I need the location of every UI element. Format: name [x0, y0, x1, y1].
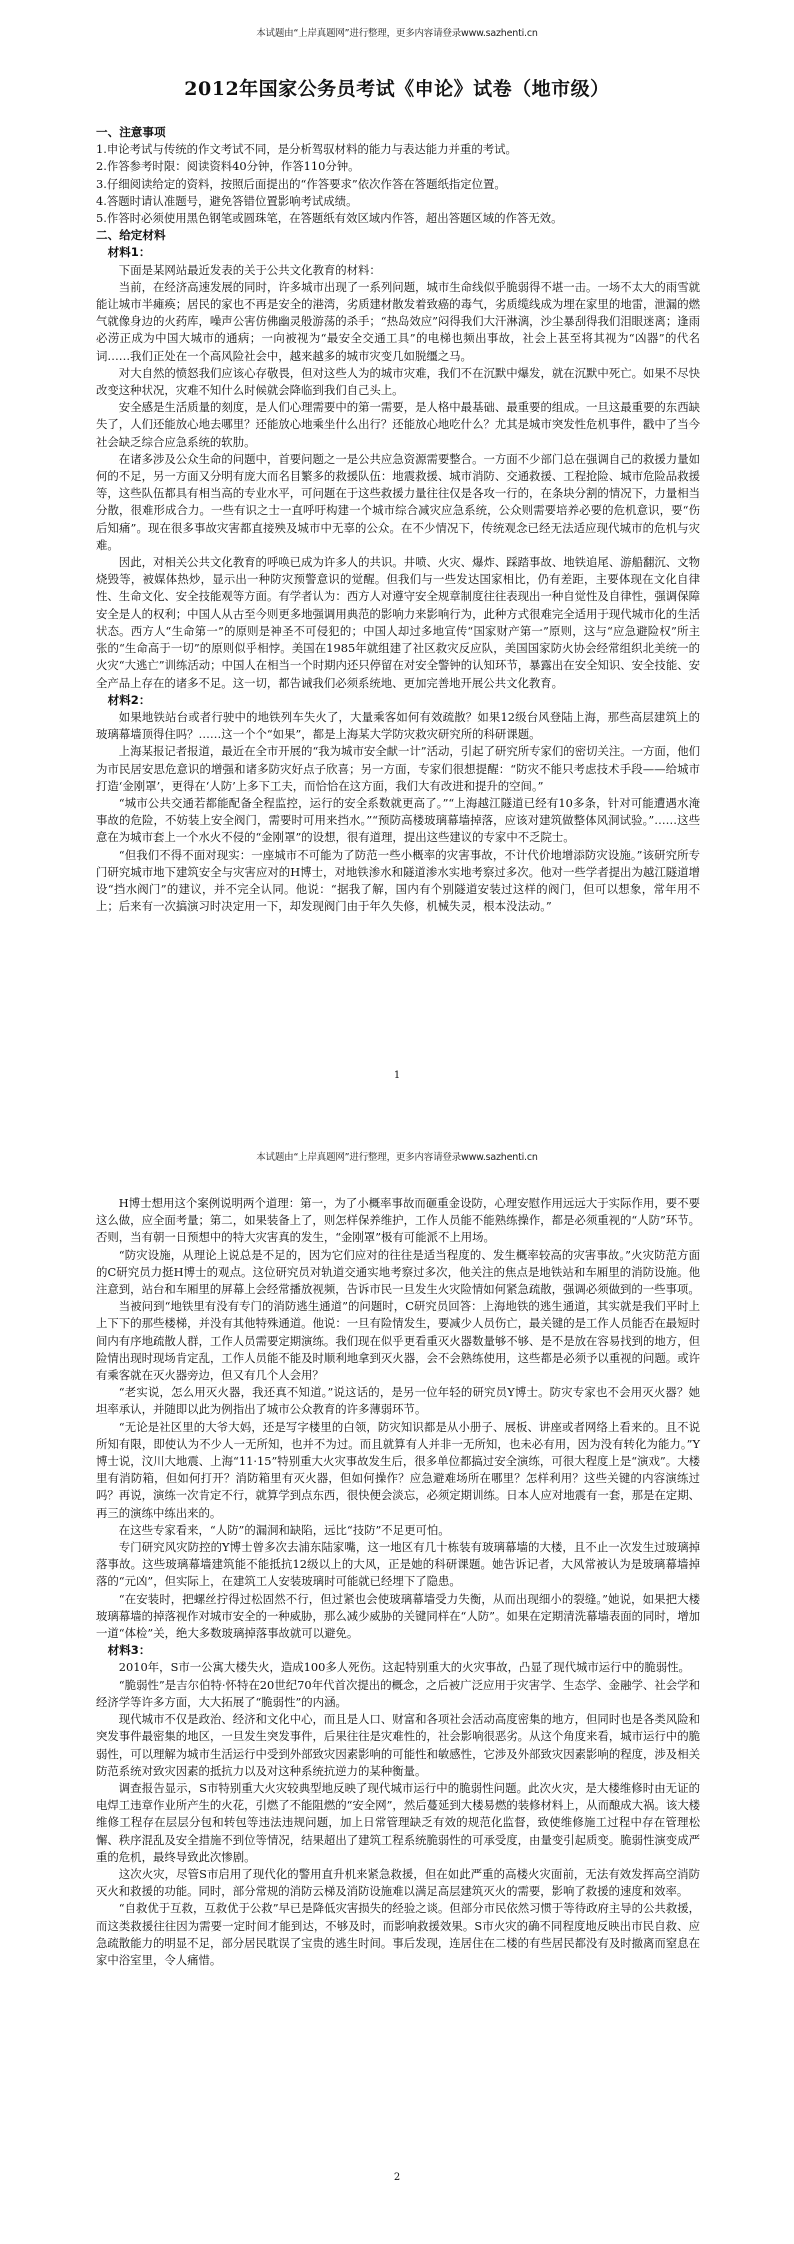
paragraph: “在安装时，把螺丝拧得过松固然不行，但过紧也会使玻璃幕墙受力失衡，从而出现细小的… [96, 1591, 700, 1643]
page-1-body: 一、注意事项 1.申论考试与传统的作文考试不同，是分析驾驭材料的能力与表达能力并… [96, 124, 700, 915]
paragraph: 上海某报记者报道，最近在全市开展的“我为城市安全献一计”活动，引起了研究所专家们… [96, 743, 700, 795]
paragraph: 在诸多涉及公众生命的问题中，首要问题之一是公共应急资源需要整合。一方面不少部门总… [96, 451, 700, 554]
paragraph: 当前，在经济高速发展的同时，许多城市出现了一系列问题，城市生命线似乎脆弱得不堪一… [96, 279, 700, 365]
page-number: 1 [0, 1070, 794, 1081]
paragraph: “防灾设施，从理论上说总是不足的，因为它们应对的往往是适当程度的、发生概率较高的… [96, 1247, 700, 1299]
paragraph: 现代城市不仅是政治、经济和文化中心，而且是人口、财富和各项社会活动高度密集的地方… [96, 1711, 700, 1780]
paragraph: 对大自然的愤怒我们应该心存敬畏，但对这些人为的城市灾难，我们不在沉默中爆发，就在… [96, 365, 700, 399]
watermark-header: 本试题由“上岸真题网”进行整理，更多内容请登录www.sazhenti.cn [0, 25, 794, 39]
page-number: 2 [0, 2172, 794, 2183]
paragraph: 因此，对相关公共文化教育的呼唤已成为许多人的共识。井喷、火灾、爆炸、踩踏事故、地… [96, 554, 700, 692]
paragraph: “无论是社区里的大爷大妈，还是写字楼里的白领，防灾知识都是从小册子、展板、讲座或… [96, 1419, 700, 1522]
paragraph: 在这些专家看来，“人防”的漏洞和缺陷，远比“技防”不足更可怕。 [96, 1522, 700, 1539]
material-2-heading: 材料2： [96, 692, 700, 709]
paragraph: 调查报告显示，S市特别重大火灾较典型地反映了现代城市运行中的脆弱性问题。此次火灾… [96, 1780, 700, 1866]
note-item: 5.作答时必须使用黑色钢笔或圆珠笔，在答题纸有效区域内作答，超出答题区域的作答无… [96, 210, 700, 227]
note-item: 1.申论考试与传统的作文考试不同，是分析驾驭材料的能力与表达能力并重的考试。 [96, 141, 700, 158]
note-item: 4.答题时请认准题号，避免答错位置影响考试成绩。 [96, 193, 700, 210]
paragraph: 当被问到“地铁里有没有专门的消防逃生通道”的问题时，C研究员回答：上海地铁的逃生… [96, 1298, 700, 1384]
paragraph: “城市公共交通若都能配备全程监控，运行的安全系数就更高了。”“上海越江隧道已经有… [96, 795, 700, 847]
material-1-heading: 材料1： [96, 244, 700, 261]
paragraph: 2010年，S市一公寓大楼失火，造成100多人死伤。这起特别重大的火灾事故，凸显… [96, 1659, 700, 1676]
paragraph: 专门研究风灾防控的Y博士曾多次去浦东陆家嘴，这一地区有几十栋装有玻璃幕墙的大楼，… [96, 1539, 700, 1591]
section-heading-notes: 一、注意事项 [96, 124, 700, 141]
note-item: 2.作答参考时限：阅读资料40分钟，作答110分钟。 [96, 158, 700, 175]
paragraph: 如果地铁站台或者行驶中的地铁列车失火了，大量乘客如何有效疏散？如果12级台风登陆… [96, 709, 700, 743]
paragraph: 安全感是生活质量的刻度，是人们心理需要中的第一需要，是人格中最基础、最重要的组成… [96, 399, 700, 451]
page-2: 本试题由“上岸真题网”进行整理，更多内容请登录www.sazhenti.cn H… [0, 1122, 794, 2244]
section-heading-materials: 二、给定材料 [96, 227, 700, 244]
watermark-header: 本试题由“上岸真题网”进行整理，更多内容请登录www.sazhenti.cn [0, 1149, 794, 1163]
paragraph: “脆弱性”是吉尔伯特·怀特在20世纪70年代首次提出的概念，之后被广泛应用于灾害… [96, 1677, 700, 1711]
material-3-heading: 材料3： [96, 1642, 700, 1659]
document-title: 2012年国家公务员考试《申论》试卷（地市级） [0, 74, 794, 101]
paragraph: “老实说，怎么用灭火器，我还真不知道。”说这话的，是另一位年轻的研究员Y博士。防… [96, 1384, 700, 1418]
paragraph: 这次火灾，尽管S市启用了现代化的警用直升机来紧急救援，但在如此严重的高楼火灾面前… [96, 1866, 700, 1900]
page-1: 本试题由“上岸真题网”进行整理，更多内容请登录www.sazhenti.cn 2… [0, 0, 794, 1122]
paragraph: “自救优于互救，互救优于公救”早已是降低灾害损失的经验之谈。但部分市民依然习惯于… [96, 1900, 700, 1969]
paragraph: H博士想用这个案例说明两个道理：第一，为了小概率事故而砸重金设防，心理安慰作用远… [96, 1195, 700, 1247]
paragraph: “但我们不得不面对现实：一座城市不可能为了防范一些小概率的灾害事故，不计代价地增… [96, 847, 700, 916]
notes-list: 1.申论考试与传统的作文考试不同，是分析驾驭材料的能力与表达能力并重的考试。 2… [96, 141, 700, 227]
paragraph: 下面是某网站最近发表的关于公共文化教育的材料： [96, 262, 700, 279]
note-item: 3.仔细阅读给定的资料，按照后面提出的“作答要求”依次作答在答题纸指定位置。 [96, 176, 700, 193]
page-2-body: H博士想用这个案例说明两个道理：第一，为了小概率事故而砸重金设防，心理安慰作用远… [96, 1195, 700, 1969]
